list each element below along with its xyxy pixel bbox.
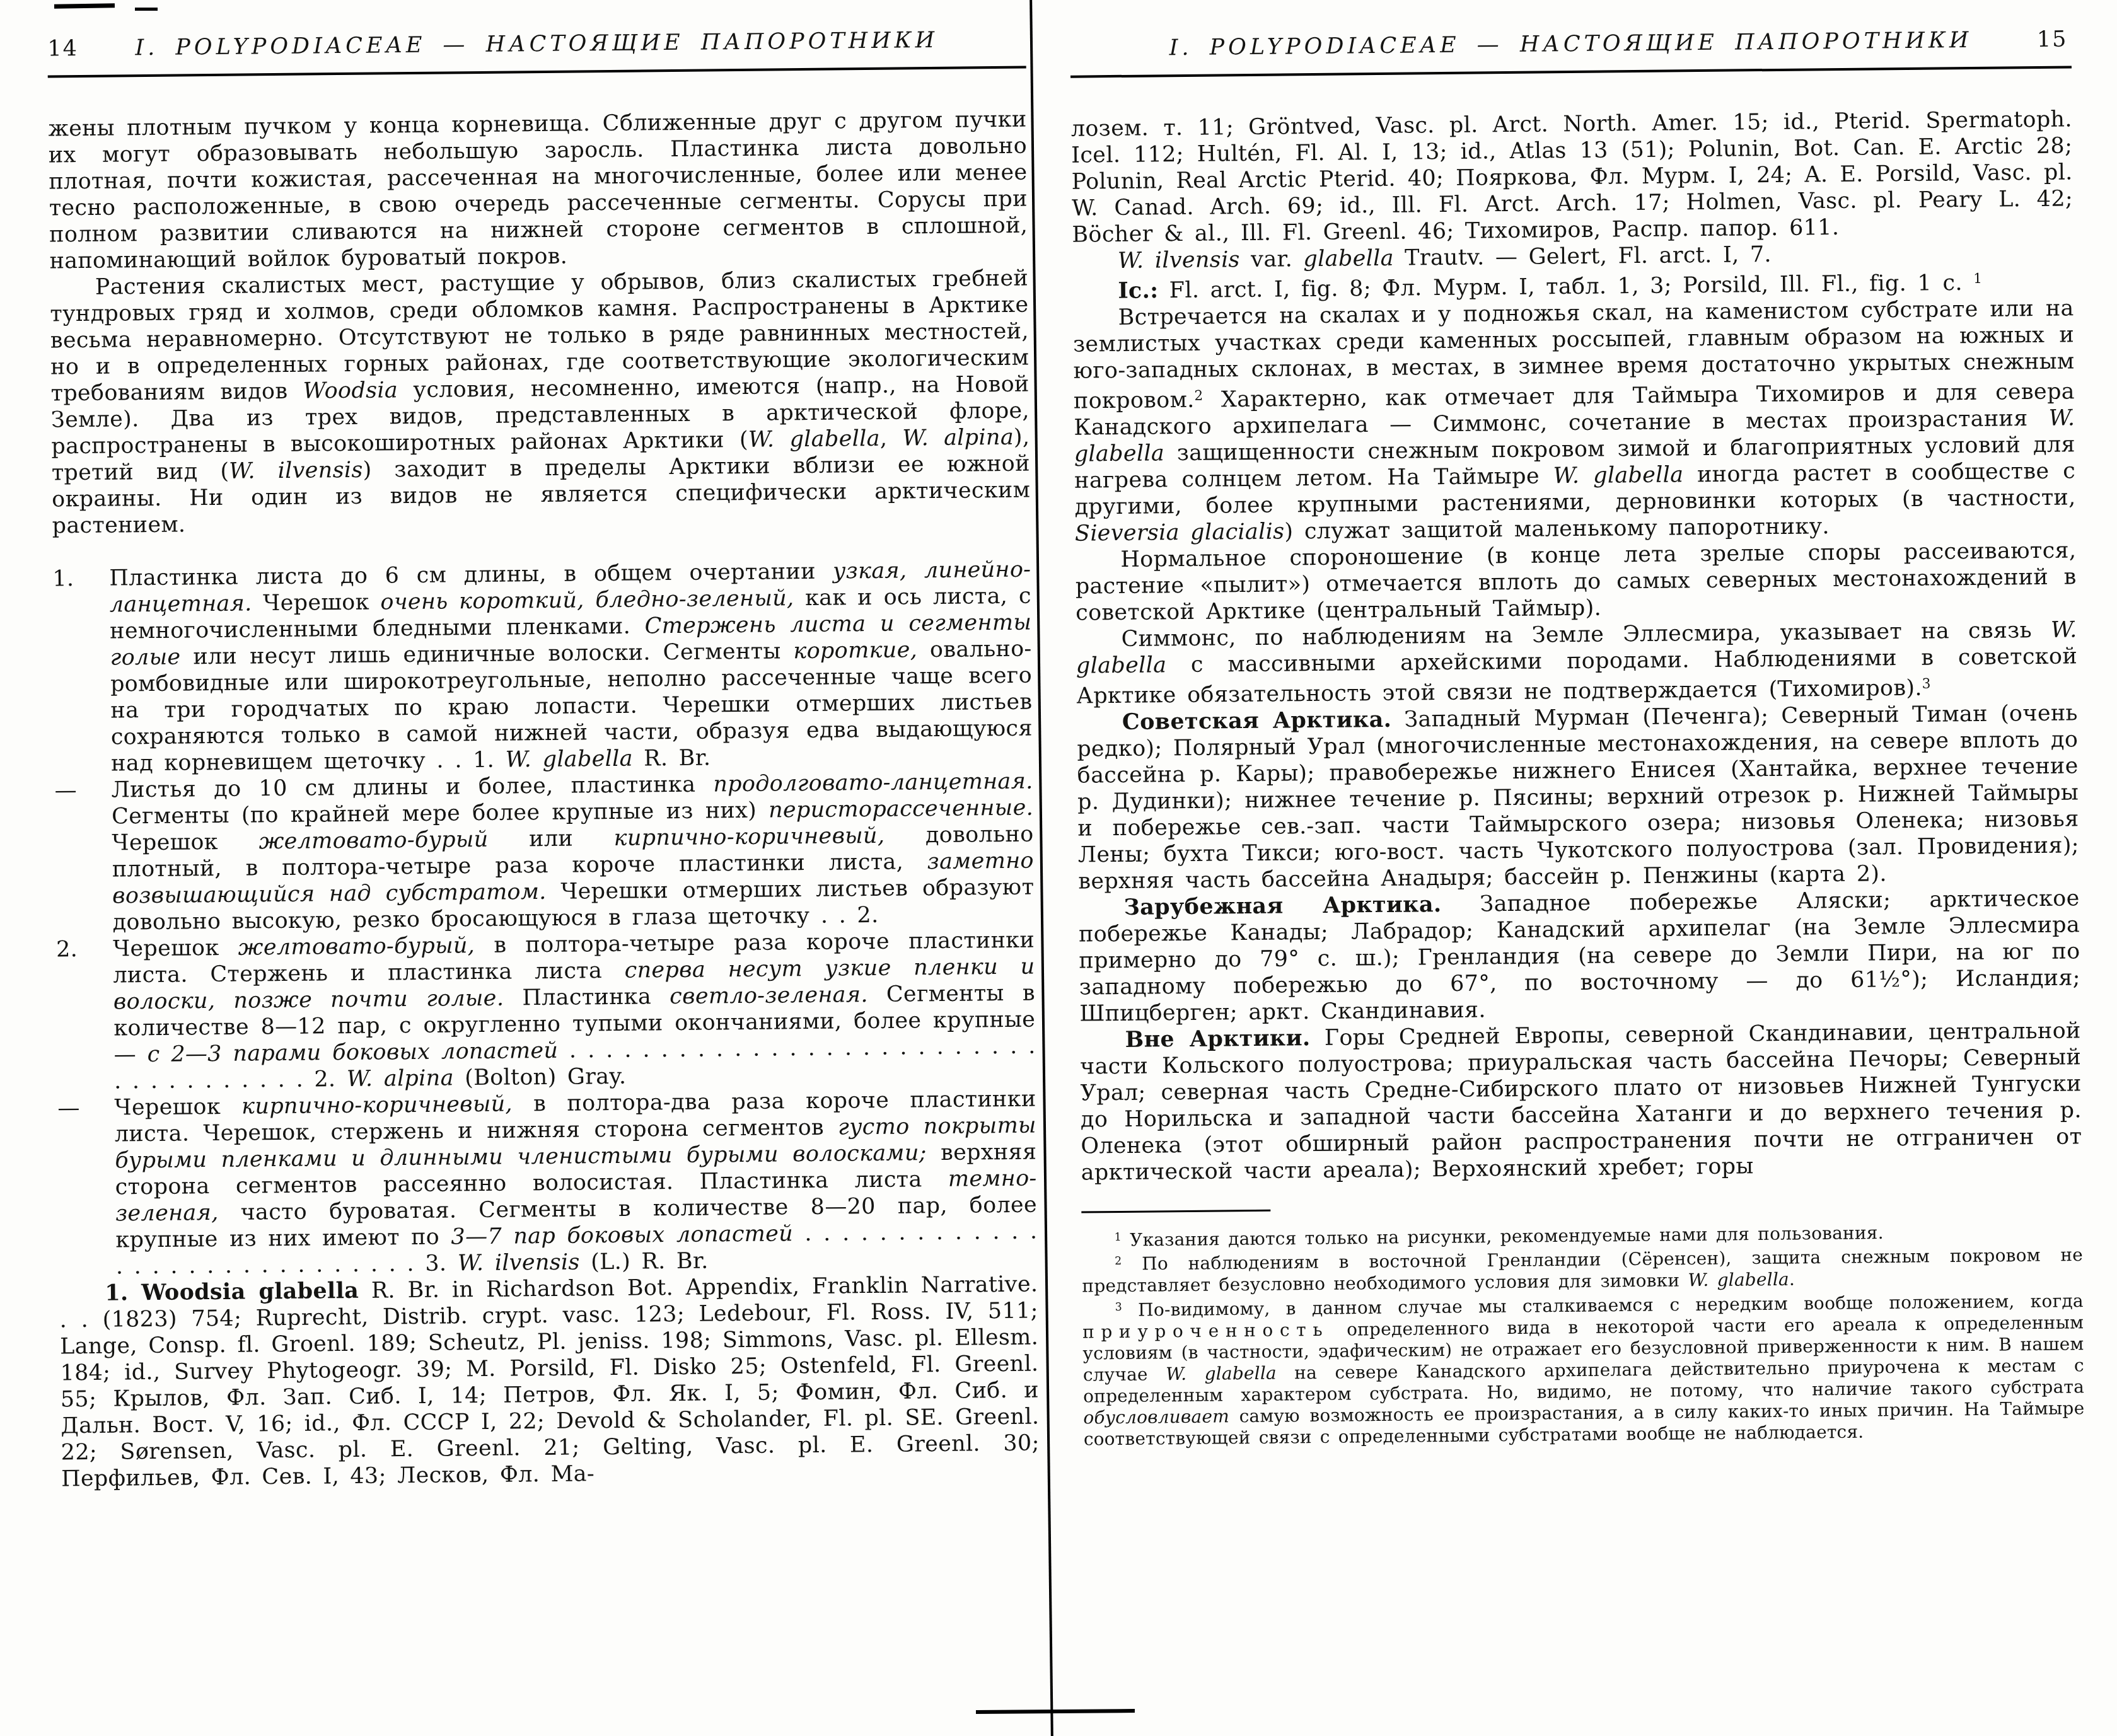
page-right-content: I. POLYPODIACEAE — НАСТОЯЩИЕ ПАПОРОТНИКИ… (1070, 26, 2084, 1450)
header-rule-right (1070, 66, 2072, 78)
species-literature-paragraph: 1. Woodsia glabella R. Br. in Richardson… (59, 1271, 1040, 1493)
page-left-header: 14 I. POLYPODIACEAE — НАСТОЯЩИЕ ПАПОРОТН… (47, 27, 1026, 66)
page-right-body: лозем. т. 11; Gröntved, Vasc. pl. Arct. … (1071, 106, 2082, 1186)
key-item-text: Пластинка листа до 6 см длины, в общем о… (109, 557, 1033, 777)
key-item-marker: — (54, 777, 111, 804)
key-item-text: Черешок кирпично-коричневый, в полтора-д… (114, 1087, 1037, 1280)
running-title-right: I. POLYPODIACEAE — НАСТОЯЩИЕ ПАПОРОТНИКИ (1070, 26, 2071, 61)
page-left: 14 I. POLYPODIACEAE — НАСТОЯЩИЕ ПАПОРОТН… (53, 0, 1031, 1736)
key-item-2-alt: —Черешок кирпично-коричневый, в полтора-… (57, 1086, 1038, 1281)
key-item-1-alt: —Листья до 10 см длины и более, пластинк… (54, 768, 1034, 937)
page-right: I. POLYPODIACEAE — НАСТОЯЩИЕ ПАПОРОТНИКИ… (1076, 0, 2077, 1736)
key-item-marker: 1. (52, 565, 109, 593)
footnote-3: 3 По-видимому, в данном случае мы сталки… (1082, 1287, 2085, 1450)
footnotes-block: 1 Указания даются только на рисунки, рек… (1081, 1201, 2085, 1450)
key-item-marker: 2. (56, 936, 113, 963)
page-number-left: 14 (47, 36, 78, 61)
left-paragraph-habitat-overview: Растения скалистых мест, растущие у обры… (50, 265, 1031, 540)
simmons-paragraph: Симмонс, по наблюдениям на Земле Эллесми… (1076, 616, 2077, 709)
page-right-header: I. POLYPODIACEAE — НАСТОЯЩИЕ ПАПОРОТНИКИ… (1070, 26, 2071, 65)
footnote-separator-rule (1081, 1209, 1270, 1213)
foreign-arctic-paragraph: Зарубежная Арктика. Западное побережье А… (1078, 885, 2080, 1027)
page-left-content: 14 I. POLYPODIACEAE — НАСТОЯЩИЕ ПАПОРОТН… (47, 27, 1040, 1493)
soviet-arctic-paragraph: Советская Арктика. Западный Мурман (Пече… (1077, 700, 2080, 894)
literature-continuation-paragraph: лозем. т. 11; Gröntved, Vasc. pl. Arct. … (1071, 106, 2073, 248)
key-item-text: Черешок желтовато-бурый, в полтора-четыр… (113, 928, 1036, 1094)
habitat-paragraph: Встречается на скалах и у подножья скал,… (1073, 295, 2077, 547)
page-number-right: 15 (2037, 26, 2068, 52)
key-item-marker: — (57, 1095, 114, 1122)
key-item-2: 2.Черешок желтовато-бурый, в полтора-чет… (56, 927, 1036, 1096)
key-item-1: 1.Пластинка листа до 6 см длины, в общем… (52, 557, 1033, 778)
header-rule-left (48, 66, 1026, 78)
sporulation-paragraph: Нормальное спороношение (в конце лета зр… (1075, 537, 2077, 626)
left-paragraph-continuation: жены плотным пучком у конца корневища. С… (48, 107, 1028, 275)
outside-arctic-paragraph: Вне Арктики. Горы Средней Европы, северн… (1080, 1017, 2082, 1186)
key-item-text: Листья до 10 см длины и более, пластинка… (111, 769, 1034, 935)
running-title-left: I. POLYPODIACEAE — НАСТОЯЩИЕ ПАПОРОТНИКИ (47, 27, 1026, 62)
identification-key: 1.Пластинка листа до 6 см длины, в общем… (52, 557, 1038, 1281)
page-left-body: жены плотным пучком у конца корневища. С… (48, 107, 1040, 1493)
